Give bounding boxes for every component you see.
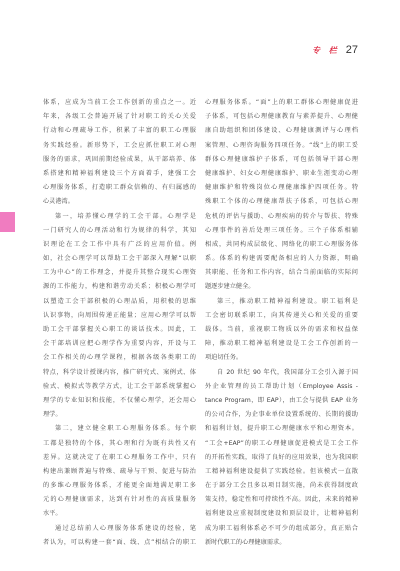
text-line: 新时代职工的心理健康需求。 bbox=[205, 536, 358, 550]
text-line: 水平。 bbox=[43, 507, 196, 521]
text-line: 识理论在工会工作中具有广泛的应用价值。例 bbox=[43, 238, 196, 252]
text-line: 心灵港湾。 bbox=[43, 195, 196, 209]
text-line: 子体系，可包括心理健康教育与素养提升、心理健 bbox=[205, 110, 358, 124]
side-tab-marker bbox=[0, 212, 15, 232]
text-line: 以塑造工会干部积极的心理品质，用积极的思维 bbox=[43, 295, 196, 309]
text-line: 特点，科学设计授课内容，推广研究式、案例式、体 bbox=[43, 366, 196, 380]
text-line: 康自助组织和团体建设、心理健康测评与心理档 bbox=[205, 124, 358, 138]
text-line: 项迫切任务。 bbox=[205, 351, 358, 365]
text-line: 行动和心理疏导工作，积累了丰富的职工心理服 bbox=[43, 124, 196, 138]
left-column: 体系，应成为当前工会工作创新的重点之一。近年来，各级工会普遍开展了针对职工的关心… bbox=[43, 96, 196, 550]
page-header: 专 栏 27 bbox=[312, 44, 358, 56]
text-line: 通过总结前人心理服务体系建设的经验，笔 bbox=[43, 522, 196, 536]
text-line: 第一，培养懂心理学的工会干部。心理学是 bbox=[43, 210, 196, 224]
text-line: 健康维护、妇女心理健康维护、职业生涯变动心理 bbox=[205, 167, 358, 181]
text-line: 心理事件的善后处理三项任务。三个子体系相辅 bbox=[205, 224, 358, 238]
text-line: 群体心理健康维护子体系，可包括领导干部心理 bbox=[205, 153, 358, 167]
section-tag: 专 栏 bbox=[312, 45, 340, 56]
text-line: 福利建设应重视制度建设和顶层设计，让精神福利 bbox=[205, 507, 358, 521]
text-line: 助工会干部掌握关心职工的谈话技术。因此，工 bbox=[43, 323, 196, 337]
text-line: 理学。 bbox=[43, 408, 196, 422]
text-line: 案管理、心理咨询服务四项任务。“线”上的职工妥 bbox=[205, 139, 358, 153]
text-line: 其职能、任务和工作内容，结合当前面临的实际问 bbox=[205, 266, 358, 280]
text-line: 心理服务体系，打造职工群众信赖的、有归属感的 bbox=[43, 181, 196, 195]
text-line: 健康维护和特殊岗位心理健康维护四项任务。特 bbox=[205, 181, 358, 195]
text-line: “工会+EAP”的职工心理健康促进模式是工会工作 bbox=[205, 437, 358, 451]
text-line: 会干部培训应把心理学作为重要内容，开设与工 bbox=[43, 337, 196, 351]
text-line: 差异。这就决定了在职工心理服务工作中，只有 bbox=[43, 451, 196, 465]
text-line: 系。体系的构建需要配备相应的人力资源，明确 bbox=[205, 252, 358, 266]
text-line: 工为中心”的工作理念，并提升其整合现实心理资 bbox=[43, 266, 196, 280]
text-line: 源的工作能力，构建和谐劳动关系；积极心理学可 bbox=[43, 280, 196, 294]
text-line: 的公司合作，为企事业单位设置系统的、长期的援助 bbox=[205, 408, 358, 422]
text-line: 工精神福利建设提供了实践经验。但该模式一直散 bbox=[205, 465, 358, 479]
text-line: 工都是独特的个体，其心理和行为既有共性又有 bbox=[43, 437, 196, 451]
text-line: 障，推动职工精神福利建设是工会工作创新的一 bbox=[205, 337, 358, 351]
text-line: 策支持，稳定性和可持续性不高。因此，未来的精神 bbox=[205, 493, 358, 507]
text-line: 相成，共同构成层级化、网络化的职工心理服务体 bbox=[205, 238, 358, 252]
text-line: 外企业管理的员工帮助计划（Employee Assis - bbox=[205, 380, 358, 394]
text-line: 元的心理健康需求，达到有针对性的高质量服务 bbox=[43, 493, 196, 507]
text-line: 载体。当前，重视职工物质以外的需求和权益保 bbox=[205, 323, 358, 337]
text-line: 务实践经验。新形势下，工会应抓住职工对心理 bbox=[43, 139, 196, 153]
text-line: 工会密切联系职工，向其传递关心和关爱的重要 bbox=[205, 309, 358, 323]
text-line: 会工作相关的心理学课程，根据各级各类职工的 bbox=[43, 351, 196, 365]
text-line: 心理服务体系。“面”上的职工群体心理健康促进 bbox=[205, 96, 358, 110]
text-line: tance Program，即 EAP），由工会与提供 EAP 业务 bbox=[205, 394, 358, 408]
text-line: 危机的评估与援助、心理疾病的转介与帮扶、特殊 bbox=[205, 210, 358, 224]
text-line: 年来，各级工会普遍开展了针对职工的关心关爱 bbox=[43, 110, 196, 124]
page-number: 27 bbox=[346, 44, 358, 56]
text-line: 认识事物，向周围传递正能量；应用心理学可以帮 bbox=[43, 309, 196, 323]
text-line: 成为职工福利体系必不可少的组成部分，真正贴合 bbox=[205, 522, 358, 536]
text-line: 殊职工个体的心理健康帮扶子体系，可包括心理 bbox=[205, 195, 358, 209]
text-line: 和福利计划，提升职工心理健康水平和心理资本。 bbox=[205, 422, 358, 436]
text-line: 验式、模拟式等教学方式，让工会干部系统掌握心 bbox=[43, 380, 196, 394]
text-line: 者认为，可以构建一套“面、线、点”相结合的职工 bbox=[43, 536, 196, 550]
text-line: 的开拓性实践，取得了良好的应用效果，也为我国职 bbox=[205, 451, 358, 465]
text-line: 如，社会心理学可以帮助工会干部深入理解“以职 bbox=[43, 252, 196, 266]
text-line: 系搭建和精神福利建设三个方面着手，建强工会 bbox=[43, 167, 196, 181]
text-line: 的多维心理服务体系，才能更全面地满足职工多 bbox=[43, 479, 196, 493]
text-line: 自 20 世纪 90 年代，我国部分工会引入源于国 bbox=[205, 366, 358, 380]
text-line: 第二，建立健全职工心理服务体系。每个职 bbox=[43, 422, 196, 436]
text-line: 服务的需求，巩固前期经验成果，从干部培养、体 bbox=[43, 153, 196, 167]
text-line: 体系，应成为当前工会工作创新的重点之一。近 bbox=[43, 96, 196, 110]
text-line: 理学的专业知识和技能，不仅懂心理学，还会用心 bbox=[43, 394, 196, 408]
right-column: 心理服务体系。“面”上的职工群体心理健康促进子体系，可包括心理健康教育与素养提升… bbox=[205, 96, 358, 550]
text-line: 一门研究人的心理活动和行为规律的科学，其知 bbox=[43, 224, 196, 238]
text-line: 构建出兼顾普遍与特殊、疏导与干预、促进与防治 bbox=[43, 465, 196, 479]
text-line: 题逐步建立健全。 bbox=[205, 280, 358, 294]
text-line: 第三，推动职工精神福利建设。职工福利是 bbox=[205, 295, 358, 309]
text-line: 在于部分工会且多以项目制实施，尚未获得制度政 bbox=[205, 479, 358, 493]
